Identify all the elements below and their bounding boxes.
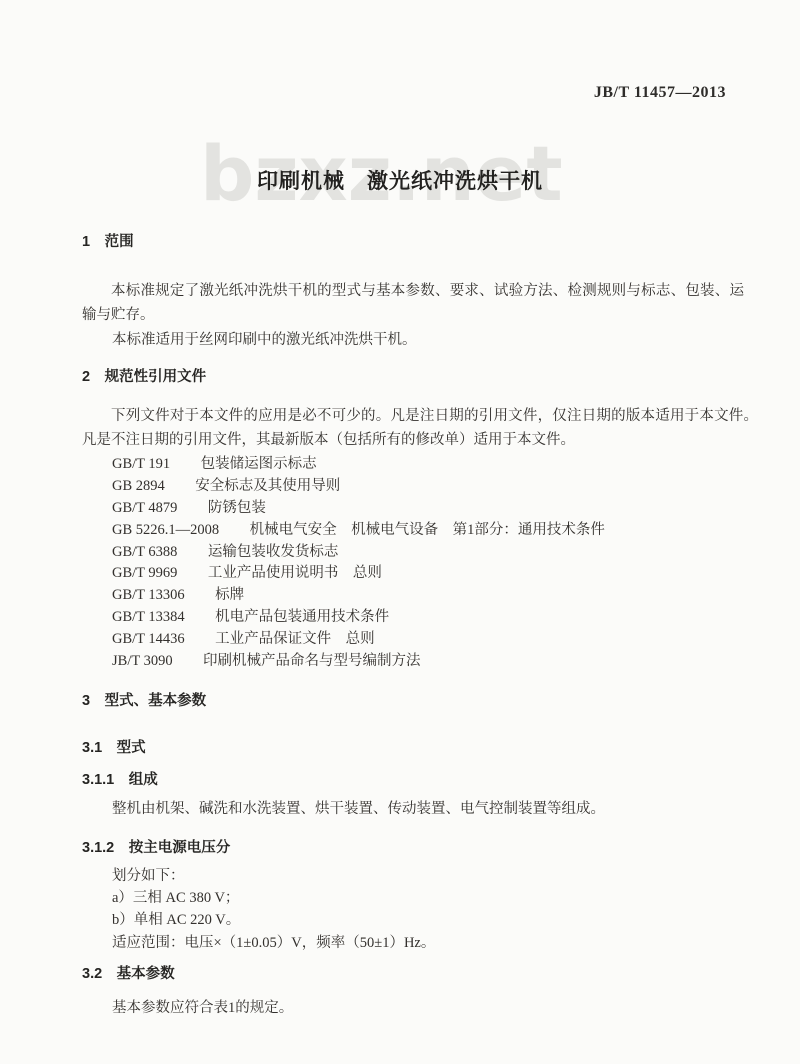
reference-code: GB/T 13384 [112, 609, 185, 625]
reference-code: GB/T 6388 [112, 544, 177, 560]
section-1-heading: 1 范围 [82, 230, 134, 251]
document-title: 印刷机械 激光纸冲洗烘干机 [0, 165, 800, 195]
voltage-intro: 划分如下： [112, 864, 185, 885]
section-3-1-heading: 3.1 型式 [82, 736, 146, 757]
reference-code: GB/T 9969 [112, 565, 177, 581]
reference-code: GB/T 14436 [112, 631, 185, 647]
document-page: JB/T 11457—2013 bzxz.net 印刷机械 激光纸冲洗烘干机 1… [0, 0, 800, 1064]
reference-title: 防锈包装 [208, 500, 266, 516]
reference-item: GB/T 6388运输包装收发货标志 [112, 540, 605, 562]
scope-paragraph-1: 本标准规定了激光纸冲洗烘干机的型式与基本参数、要求、试验方法、检测规则与标志、包… [82, 280, 744, 327]
reference-code: GB/T 4879 [112, 500, 177, 516]
reference-title: 工业产品使用说明书 总则 [208, 565, 382, 581]
reference-item: GB 5226.1—2008机械电气安全 机械电气设备 第1部分：通用技术条件 [112, 518, 605, 540]
voltage-range: 适应范围：电压×（1±0.05）V，频率（50±1）Hz。 [112, 931, 435, 952]
reference-title: 工业产品保证文件 总则 [215, 631, 375, 647]
reference-item: GB/T 13384机电产品包装通用技术条件 [112, 605, 605, 627]
normative-refs-intro: 下列文件对于本文件的应用是必不可少的。凡是注日期的引用文件，仅注日期的版本适用于… [82, 405, 758, 452]
voltage-clause-item: a）三相 AC 380 V； [112, 886, 240, 908]
reference-list: GB/T 191包装储运图示标志 GB 2894安全标志及其使用导则 GB/T … [112, 452, 605, 671]
reference-item: GB/T 9969工业产品使用说明书 总则 [112, 561, 605, 583]
reference-item: GB/T 14436工业产品保证文件 总则 [112, 627, 605, 649]
reference-code: GB/T 13306 [112, 587, 185, 603]
reference-code: GB/T 191 [112, 456, 170, 472]
voltage-clause-item: b）单相 AC 220 V。 [112, 908, 240, 930]
reference-title: 运输包装收发货标志 [208, 544, 339, 560]
standard-code: JB/T 11457—2013 [594, 84, 726, 102]
section-3-1-1-heading: 3.1.1 组成 [82, 768, 158, 789]
section-3-1-2-heading: 3.1.2 按主电源电压分 [82, 836, 230, 857]
reference-item: GB/T 191包装储运图示标志 [112, 452, 605, 474]
reference-title: 机械电气安全 机械电气设备 第1部分：通用技术条件 [250, 522, 605, 538]
voltage-clause-list: a）三相 AC 380 V； b）单相 AC 220 V。 [112, 886, 240, 930]
section-3-2-heading: 3.2 基本参数 [82, 962, 175, 983]
reference-item: JB/T 3090印刷机械产品命名与型号编制方法 [112, 649, 605, 671]
reference-item: GB/T 13306标牌 [112, 583, 605, 605]
reference-title: 机电产品包装通用技术条件 [215, 609, 389, 625]
basic-params-paragraph: 基本参数应符合表1的规定。 [112, 996, 293, 1017]
section-3-heading: 3 型式、基本参数 [82, 689, 206, 710]
reference-title: 标牌 [215, 587, 244, 603]
section-2-heading: 2 规范性引用文件 [82, 365, 206, 386]
reference-code: GB 2894 [112, 478, 165, 494]
reference-item: GB/T 4879防锈包装 [112, 496, 605, 518]
reference-title: 包装储运图示标志 [201, 456, 317, 472]
reference-item: GB 2894安全标志及其使用导则 [112, 474, 605, 496]
scope-paragraph-2: 本标准适用于丝网印刷中的激光纸冲洗烘干机。 [112, 328, 417, 349]
reference-title: 安全标志及其使用导则 [195, 478, 340, 494]
reference-code: GB 5226.1—2008 [112, 522, 219, 538]
reference-code: JB/T 3090 [112, 653, 173, 669]
reference-title: 印刷机械产品命名与型号编制方法 [203, 653, 421, 669]
composition-paragraph: 整机由机架、碱洗和水洗装置、烘干装置、传动装置、电气控制装置等组成。 [112, 797, 605, 818]
